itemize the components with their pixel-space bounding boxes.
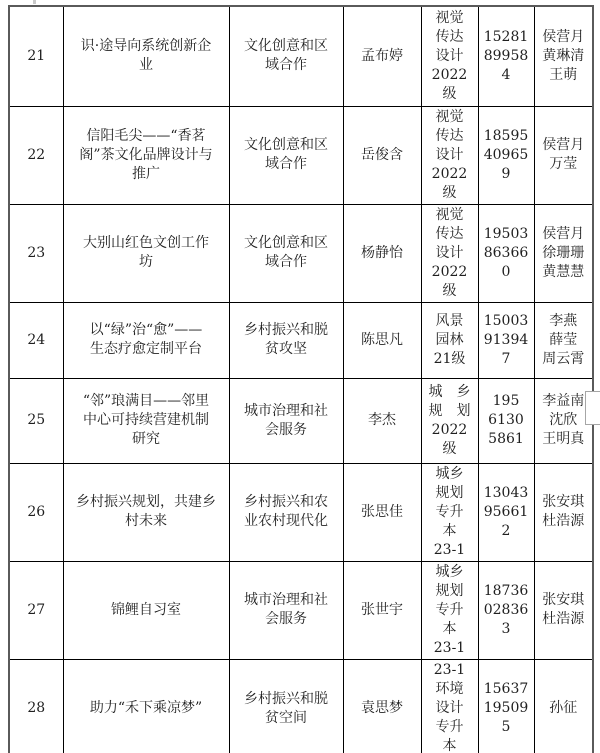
cell-team-members: 张安琪 杜浩源 bbox=[534, 463, 593, 561]
table-row: 27 锦鲤自习室 城市治理和社 会服务 张世宇 城乡 规划 专升 本 23-1 … bbox=[9, 561, 593, 659]
cell-phone-number: 195 6130 5861 bbox=[478, 378, 534, 463]
cell-project-category: 城市治理和社 会服务 bbox=[229, 378, 343, 463]
cell-project-category: 文化创意和区 域合作 bbox=[229, 6, 343, 106]
table-row: 22 信阳毛尖——“香茗 阁”茶文化品牌设计与 推广 文化创意和区 域合作 岳俊… bbox=[9, 106, 593, 204]
cell-phone-number: 18736 02836 3 bbox=[478, 561, 534, 659]
cell-project-title: “邻”琅满目——邻里 中心可持续营建机制 研究 bbox=[63, 378, 229, 463]
cell-phone-number: 19503 86366 0 bbox=[478, 204, 534, 302]
cell-phone-number: 13043 95661 2 bbox=[478, 463, 534, 561]
cell-leader-name: 张思佳 bbox=[343, 463, 421, 561]
cell-project-category: 文化创意和区 域合作 bbox=[229, 106, 343, 204]
cell-class-info: 视觉 传达 设计 2022 级 bbox=[421, 204, 478, 302]
cell-row-number: 21 bbox=[9, 6, 63, 106]
table-row: 21 识·途导向系统创新企 业 文化创意和区 域合作 孟布婷 视觉 传达 设计 … bbox=[9, 6, 593, 106]
cell-class-info: 城乡 规划 专升 本 23-1 bbox=[421, 561, 478, 659]
cell-leader-name: 岳俊含 bbox=[343, 106, 421, 204]
cell-project-title: 识·途导向系统创新企 业 bbox=[63, 6, 229, 106]
cell-project-title: 大别山红色文创工作 坊 bbox=[63, 204, 229, 302]
table-row: 23 大别山红色文创工作 坊 文化创意和区 域合作 杨静怡 视觉 传达 设计 2… bbox=[9, 204, 593, 302]
cell-team-members: 李燕 薛莹 周云霄 bbox=[534, 302, 593, 378]
table-row: 28 助力“禾下乘凉梦” 乡村振兴和脱 贫空间 袁思梦 23-1 环境 设计 专… bbox=[9, 659, 593, 753]
project-roster-table: 21 识·途导向系统创新企 业 文化创意和区 域合作 孟布婷 视觉 传达 设计 … bbox=[8, 5, 594, 753]
cell-project-title: 锦鲤自习室 bbox=[63, 561, 229, 659]
cell-class-info: 23-1 环境 设计 专升 本 bbox=[421, 659, 478, 753]
cell-team-members: 张安琪 杜浩源 bbox=[534, 561, 593, 659]
cell-project-category: 文化创意和区 域合作 bbox=[229, 204, 343, 302]
cell-leader-name: 袁思梦 bbox=[343, 659, 421, 753]
cell-project-category: 乡村振兴和脱 贫攻坚 bbox=[229, 302, 343, 378]
table-row: 24 以“绿”治“愈”—— 生态疗愈定制平台 乡村振兴和脱 贫攻坚 陈思凡 风景… bbox=[9, 302, 593, 378]
cell-project-category: 乡村振兴和脱 贫空间 bbox=[229, 659, 343, 753]
cell-phone-number: 18595 40965 9 bbox=[478, 106, 534, 204]
cell-project-title: 以“绿”治“愈”—— 生态疗愈定制平台 bbox=[63, 302, 229, 378]
cell-team-members: 侯营月 万莹 bbox=[534, 106, 593, 204]
table-row: 26 乡村振兴规划，共建乡 村未来 乡村振兴和农 业农村现代化 张思佳 城乡 规… bbox=[9, 463, 593, 561]
cell-project-title: 助力“禾下乘凉梦” bbox=[63, 659, 229, 753]
cell-project-category: 城市治理和社 会服务 bbox=[229, 561, 343, 659]
cell-row-number: 22 bbox=[9, 106, 63, 204]
cell-leader-name: 张世宇 bbox=[343, 561, 421, 659]
cell-project-category: 乡村振兴和农 业农村现代化 bbox=[229, 463, 343, 561]
cell-class-info: 风景 园林 21级 bbox=[421, 302, 478, 378]
cell-class-info: 视觉 传达 设计 2022 级 bbox=[421, 6, 478, 106]
cell-leader-name: 杨静怡 bbox=[343, 204, 421, 302]
right-edge-mark bbox=[585, 391, 600, 425]
cell-team-members: 侯营月 黄琳清 王萌 bbox=[534, 6, 593, 106]
table-row: 25 “邻”琅满目——邻里 中心可持续营建机制 研究 城市治理和社 会服务 李杰… bbox=[9, 378, 593, 463]
cell-team-members: 孙征 bbox=[534, 659, 593, 753]
cell-row-number: 24 bbox=[9, 302, 63, 378]
cell-leader-name: 陈思凡 bbox=[343, 302, 421, 378]
cell-phone-number: 15003 91394 7 bbox=[478, 302, 534, 378]
cell-row-number: 26 bbox=[9, 463, 63, 561]
cell-class-info: 视觉 传达 设计 2022 级 bbox=[421, 106, 478, 204]
cell-phone-number: 15637 19509 5 bbox=[478, 659, 534, 753]
cell-project-title: 乡村振兴规划，共建乡 村未来 bbox=[63, 463, 229, 561]
cell-phone-number: 15281 89958 4 bbox=[478, 6, 534, 106]
cell-row-number: 25 bbox=[9, 378, 63, 463]
cell-team-members: 侯营月 徐珊珊 黄慧慧 bbox=[534, 204, 593, 302]
cell-leader-name: 李杰 bbox=[343, 378, 421, 463]
page-edge-artifact bbox=[33, 0, 36, 4]
cell-class-info: 城乡 规划 专升 本 23-1 bbox=[421, 463, 478, 561]
cell-row-number: 28 bbox=[9, 659, 63, 753]
cell-class-info: 城 乡 规 划 2022 级 bbox=[421, 378, 478, 463]
cell-project-title: 信阳毛尖——“香茗 阁”茶文化品牌设计与 推广 bbox=[63, 106, 229, 204]
cell-row-number: 27 bbox=[9, 561, 63, 659]
cell-row-number: 23 bbox=[9, 204, 63, 302]
cell-leader-name: 孟布婷 bbox=[343, 6, 421, 106]
